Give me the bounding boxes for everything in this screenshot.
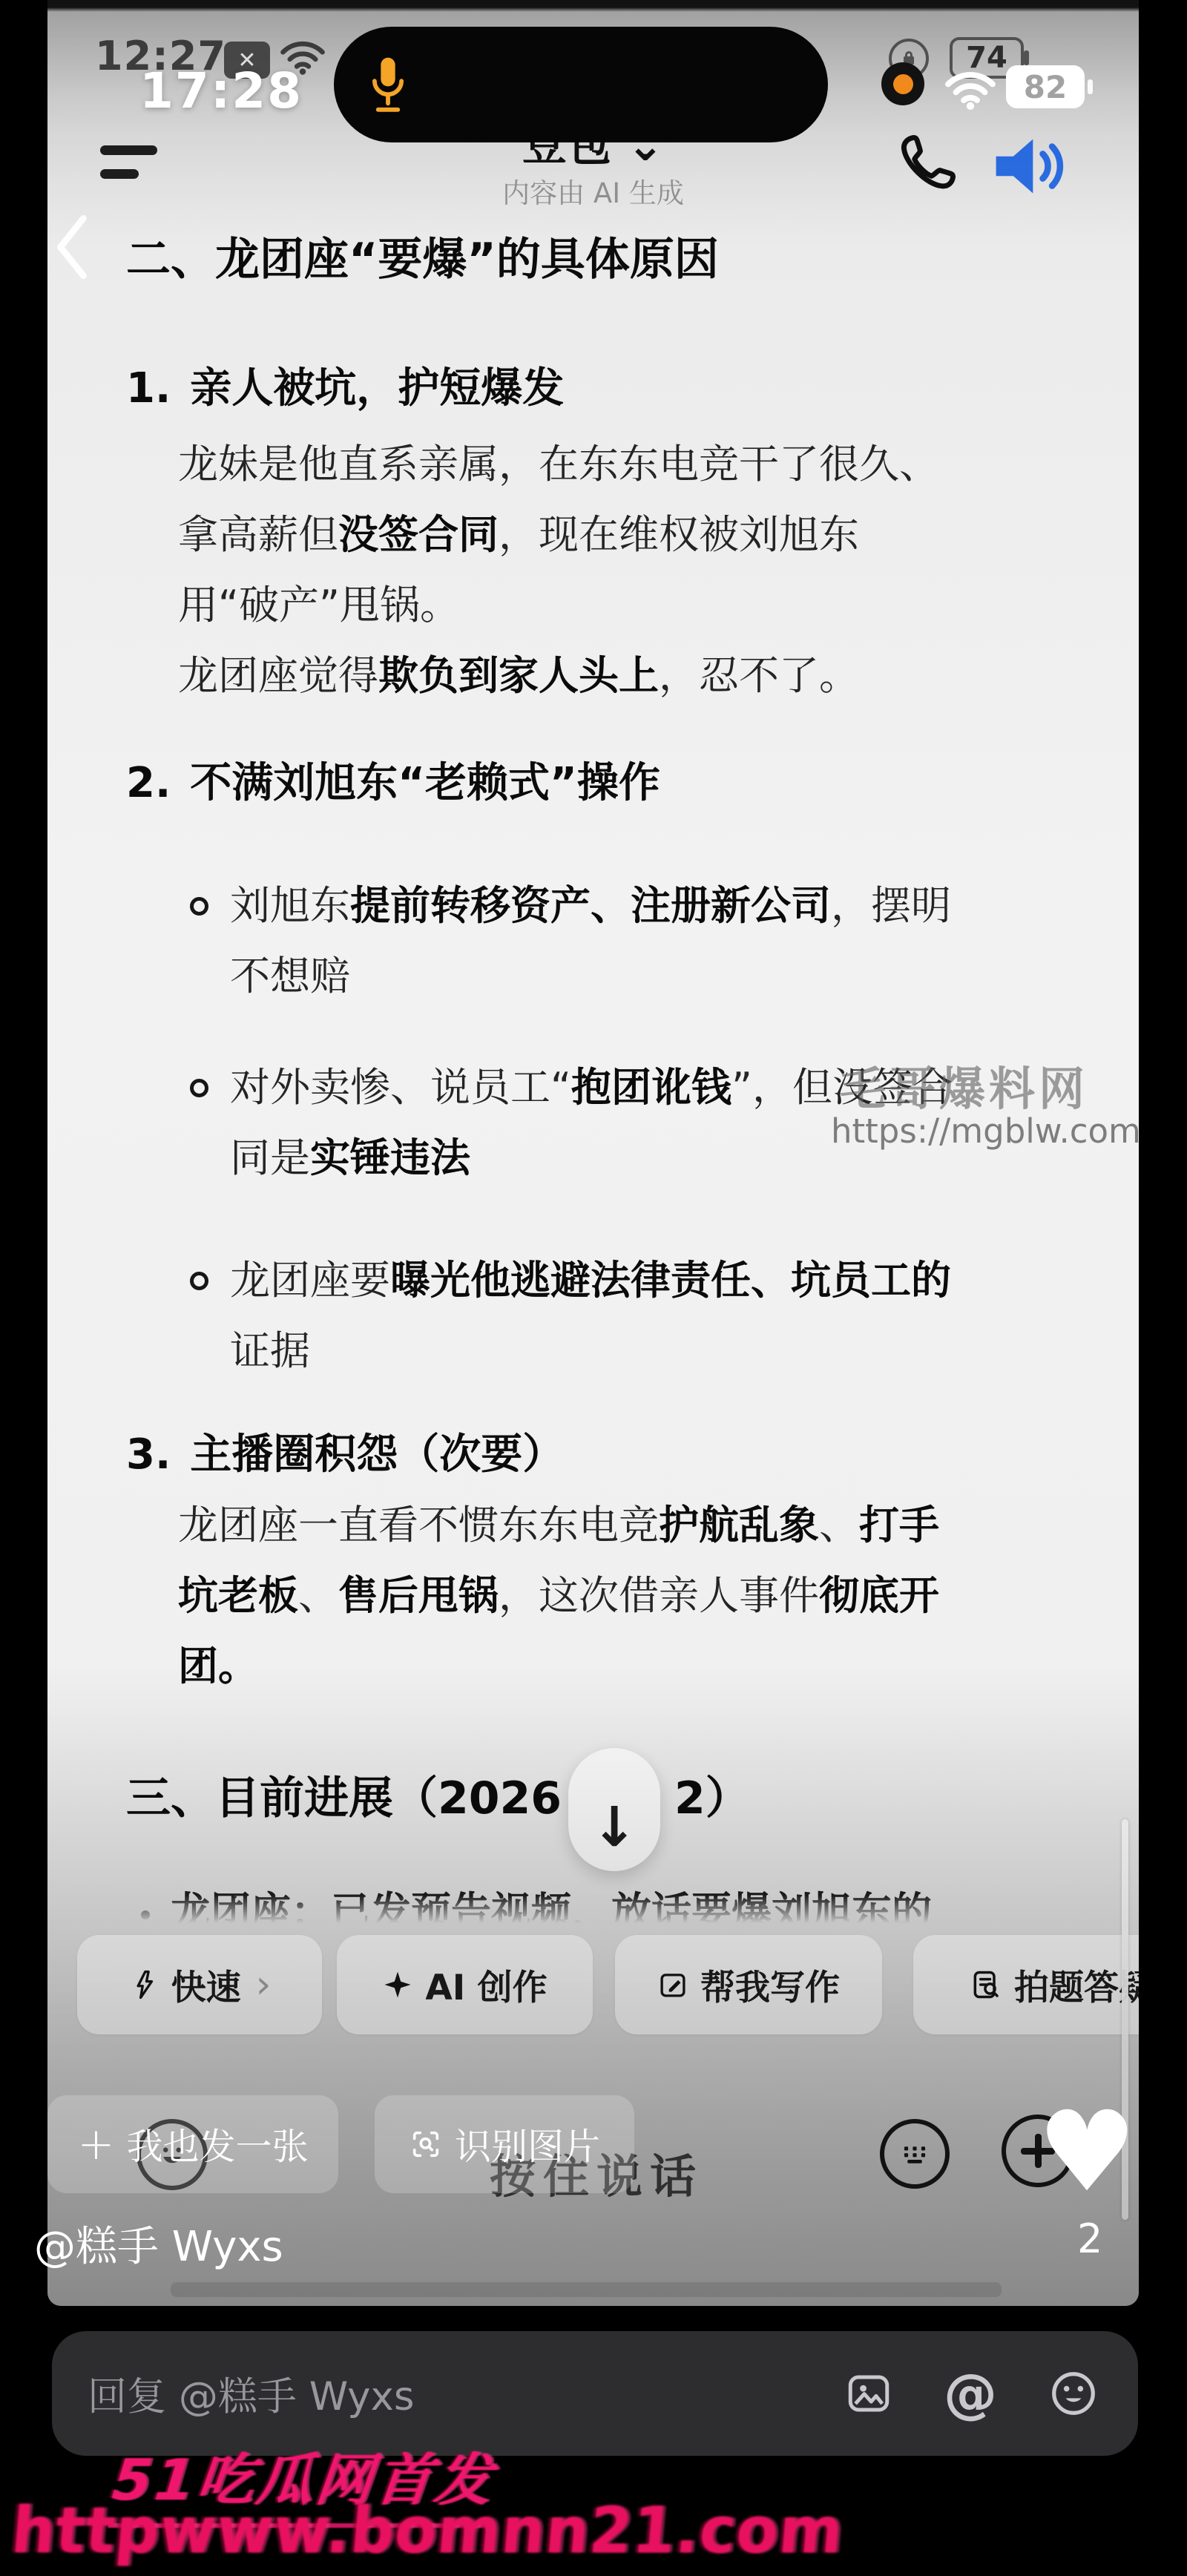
list-number: 1. [126, 364, 171, 413]
doc-cutoff-line: 龙团座：已发预告视频，放话要爆刘旭东的 [141, 1880, 932, 1923]
heading-3-right: 2） [674, 1772, 750, 1824]
lightning-icon [128, 1969, 160, 2000]
like-count: 2 [1077, 2215, 1102, 2262]
photo-icon[interactable] [844, 2369, 893, 2418]
bullet-text: 刘旭东提前转移资产、注册新公司，摆明 [230, 882, 951, 929]
doc-bullet: 龙团座要曝光他逃避法律责任、坑员工的 [230, 1257, 951, 1304]
comment-author[interactable]: @糕手 Wyxs [34, 2214, 283, 2273]
doc-bullet-cont: 同是实锤违法 [230, 1134, 470, 1182]
recording-indicator [881, 62, 924, 105]
bullet-icon [141, 1910, 150, 1919]
ai-generated-note: 内容由 AI 生成 [502, 171, 684, 211]
screen: 12:27 ✕ 74 豆包 ⌄ 内容由 AI 生成 二、龙团座“要爆”的具体原因… [0, 0, 1187, 2576]
post-image-label: 我也发一张 [127, 2118, 309, 2170]
site-watermark: 毛哥爆料网 [840, 1052, 1088, 1118]
back-button[interactable] [49, 212, 92, 282]
reply-placeholder: 回复 @糕手 Wyxs [88, 2365, 844, 2422]
list-number: 2. [126, 759, 171, 807]
plus-icon: + [77, 2122, 114, 2166]
chip-label: 帮我写作 [700, 1960, 840, 2010]
cutoff-text: 龙团座：已发预告视频，放话要爆刘旭东的 [171, 1888, 932, 1923]
doc-bullet-cont: 不想赔 [230, 953, 350, 1000]
doc-paragraph: 龙妹是他直系亲属，在东东电竞干了很久、 [178, 441, 939, 488]
recognize-image-button[interactable]: 识别图片 [375, 2095, 634, 2193]
image-bottom-strip [171, 2282, 1002, 2297]
outer-status-time: 17:28 [139, 62, 303, 119]
doc-paragraph: 龙团座一直看不惯东东电竞护航乱象、打手 [178, 1502, 939, 1549]
doc-paragraph: 坑老板、售后甩锅，这次借亲人事件彻底开 [178, 1572, 939, 1620]
doc-item-2-title: 不满刘旭东“老赖式”操作 [190, 759, 660, 807]
outer-battery: 82 [1006, 65, 1085, 108]
doc-item-3-title: 主播圈积怨（次要） [190, 1430, 564, 1479]
dynamic-island-pill [334, 27, 828, 142]
doc-item-1-title: 亲人被坑，护短爆发 [190, 364, 564, 413]
keyboard-icon[interactable] [880, 2119, 950, 2189]
bullet-icon [190, 897, 208, 916]
bullet-text: 龙团座要曝光他逃避法律责任、坑员工的 [230, 1257, 951, 1304]
scan-icon [409, 2127, 443, 2161]
doc-paragraph: 龙团座觉得欺负到家人头上，忍不了。 [178, 652, 859, 700]
arrow-down-icon: ↓ [591, 1795, 637, 1871]
scroll-to-bottom-button[interactable]: ↓ [568, 1748, 660, 1871]
doc-bullet-cont: 证据 [230, 1327, 310, 1375]
heading-3-left: 三、目前进展（2026 [126, 1772, 562, 1824]
chip-label: 拍题答疑 [1014, 1960, 1139, 2010]
speaker-icon[interactable] [991, 134, 1070, 199]
doc-item-3: 3.主播圈积怨（次要） [126, 1431, 564, 1479]
doc-item-2: 2.不满刘旭东“老赖式”操作 [126, 760, 660, 807]
edit-icon [657, 1969, 688, 2000]
outer-wifi-icon [944, 68, 997, 111]
post-image-button[interactable]: + 我也发一张 [47, 2095, 338, 2193]
chevron-right-icon: › [256, 1962, 272, 2007]
emoji-picker-icon[interactable] [1048, 2368, 1099, 2419]
chip-ai-create[interactable]: AI 创作 [337, 1935, 593, 2034]
doc-bullet: 刘旭东提前转移资产、注册新公司，摆明 [230, 882, 951, 930]
pink-watermark-line2: httpwww.bomnn21.com [9, 2494, 846, 2569]
outer-battery-percent: 82 [1024, 69, 1067, 105]
microphone-icon [366, 53, 410, 116]
chip-help-write[interactable]: 帮我写作 [615, 1935, 882, 2034]
doc-heading-2: 二、龙团座“要爆”的具体原因 [126, 236, 719, 283]
site-watermark-url: https://mgblw.com [831, 1111, 1139, 1151]
doc-paragraph: 团。 [178, 1643, 258, 1690]
call-icon[interactable] [895, 131, 960, 196]
bullet-icon [190, 1272, 208, 1290]
recognize-image-label: 识别图片 [455, 2118, 600, 2170]
doc-paragraph: 用“破产”甩锅。 [178, 582, 460, 629]
mention-icon[interactable]: @ [944, 2367, 997, 2420]
chip-label: 快速 [171, 1960, 241, 2010]
chip-photo-solve[interactable]: 拍题答疑 [913, 1935, 1139, 2034]
chip-quick[interactable]: 快速 › [77, 1935, 322, 2034]
doc-item-1: 1.亲人被坑，护短爆发 [126, 365, 564, 413]
doc-paragraph: 拿高薪但没签合同，现在维权被刘旭东 [178, 511, 859, 559]
sparkle-icon [382, 1969, 413, 2000]
chip-label: AI 创作 [425, 1960, 547, 2010]
bullet-icon [190, 1079, 208, 1097]
like-heart-icon[interactable]: ♥ [1037, 2097, 1137, 2208]
list-number: 3. [126, 1430, 171, 1479]
screenshot-image: 12:27 ✕ 74 豆包 ⌄ 内容由 AI 生成 二、龙团座“要爆”的具体原因… [47, 0, 1139, 2306]
menu-icon[interactable] [100, 145, 157, 179]
doc-search-icon [970, 1968, 1002, 2001]
